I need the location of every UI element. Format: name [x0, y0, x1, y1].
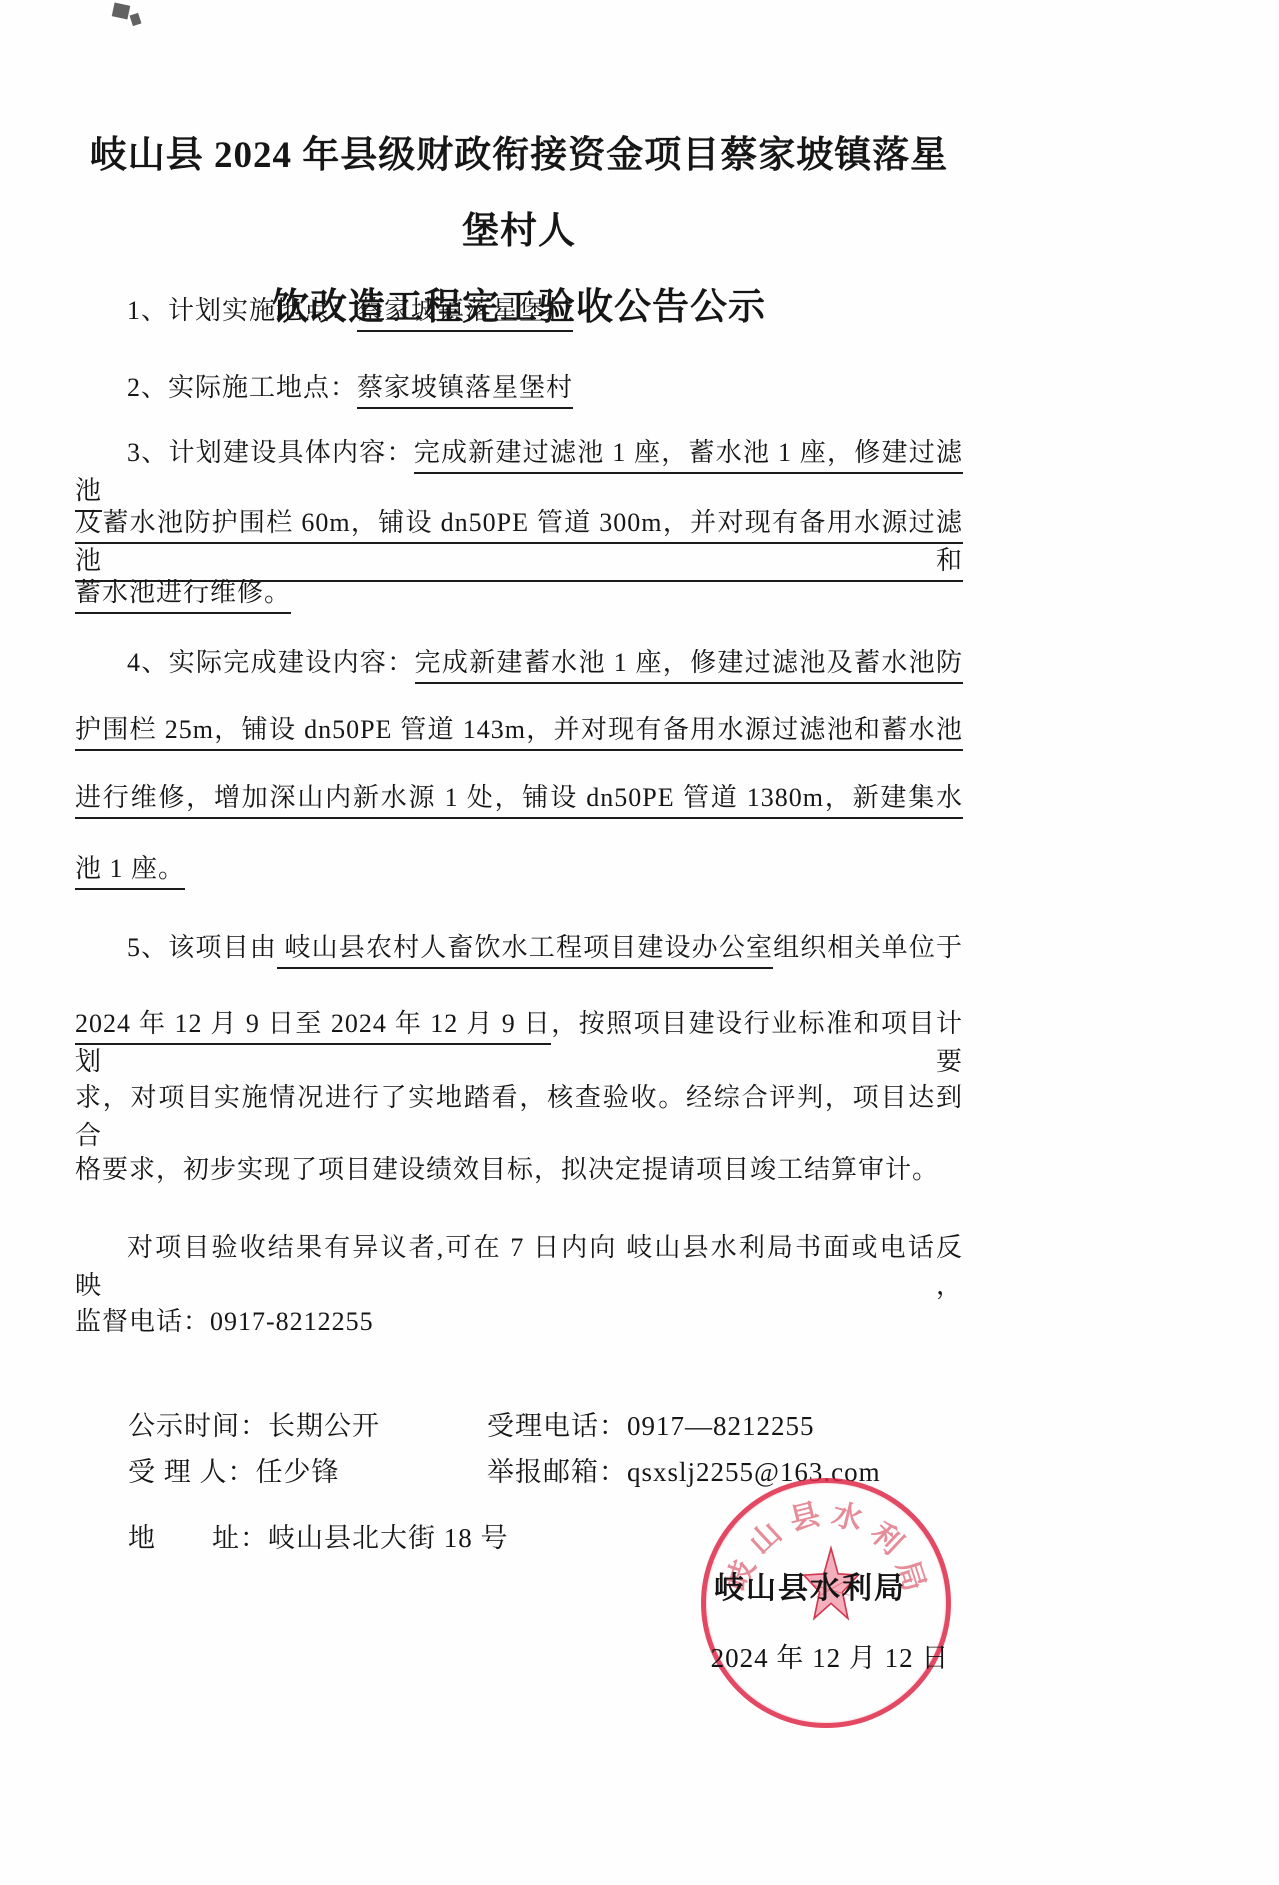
- contact-label: 地 址：: [128, 1523, 268, 1553]
- document-line: 格要求，初步实现了项目建设绩效目标，拟决定提请项目竣工结算审计。: [75, 1151, 963, 1189]
- document-line: 对项目验收结果有异议者,可在 7 日内向 岐山县水利局书面或电话反映，: [75, 1229, 963, 1305]
- stamp-agency-name: 岐山县水利局: [710, 1563, 910, 1607]
- document-line: 2、实际施工地点：蔡家坡镇落星堡村: [75, 369, 963, 407]
- contact-value: 0917—8212255: [627, 1411, 815, 1441]
- document-line: 护围栏 25m，铺设 dn50PE 管道 143m，并对现有备用水源过滤池和蓄水…: [75, 711, 963, 749]
- contact-label: 受 理 人：: [128, 1457, 256, 1487]
- document-line: 进行维修，增加深山内新水源 1 处，铺设 dn50PE 管道 1380m，新建集…: [75, 779, 963, 817]
- text-segment: 3、计划建设具体内容：: [127, 438, 414, 467]
- contact-value: 任少锋: [256, 1457, 340, 1487]
- document-line: 1、计划实施地点：蔡家坡镇落星堡村: [75, 292, 963, 330]
- document-line: 及蓄水池防护围栏 60m，铺设 dn50PE 管道 300m，并对现有备用水源过…: [75, 504, 963, 580]
- text-segment: 对项目验收结果有异议者,可在 7 日内向 岐山县水利局书面或电话反映，: [75, 1233, 963, 1300]
- underlined-text: 进行维修，增加深山内新水源 1 处，铺设 dn50PE 管道 1380m，新建集…: [75, 783, 963, 819]
- document-line: 池 1 座。: [75, 850, 963, 888]
- contact-row-address: 地 址：岐山县北大街 18 号: [128, 1516, 509, 1555]
- contact-label: 举报邮箱：: [487, 1457, 627, 1487]
- text-segment: 求，对项目实施情况进行了实地踏看，核查验收。经综合评判，项目达到合: [75, 1083, 963, 1150]
- text-segment: 5、该项目由: [127, 933, 277, 962]
- underlined-text: 及蓄水池防护围栏 60m，铺设 dn50PE 管道 300m，并对现有备用水源过…: [75, 508, 963, 582]
- text-segment: 2、实际施工地点：: [127, 373, 357, 402]
- contact-row-phone: 受理电话：0917—8212255: [487, 1404, 815, 1443]
- underlined-text: 2024 年 12 月 9 日至 2024 年 12 月 9 日: [75, 1009, 551, 1045]
- underlined-text: 完成新建蓄水池 1 座，修建过滤池及蓄水池防: [415, 648, 963, 684]
- stamp-date: 2024 年 12 月 12 日: [695, 1636, 965, 1675]
- text-segment: 1、计划实施地点：: [127, 296, 357, 325]
- contact-value: 长期公开: [268, 1411, 380, 1441]
- document-page: 岐山县 2024 年县级财政衔接资金项目蔡家坡镇落星堡村人 饮改造工程完工验收公…: [0, 0, 1279, 1885]
- contact-row-publicity-time: 公示时间：长期公开: [128, 1404, 380, 1443]
- document-body: 1、计划实施地点：蔡家坡镇落星堡村2、实际施工地点：蔡家坡镇落星堡村3、计划建设…: [0, 0, 1279, 1885]
- document-line: 求，对项目实施情况进行了实地踏看，核查验收。经综合评判，项目达到合: [75, 1079, 963, 1155]
- document-line: 4、实际完成建设内容：完成新建蓄水池 1 座，修建过滤池及蓄水池防: [75, 644, 963, 682]
- text-segment: 4、实际完成建设内容：: [127, 648, 415, 677]
- contact-value: 岐山县北大街 18 号: [268, 1523, 509, 1553]
- text-segment: 组织相关单位于: [773, 933, 963, 962]
- contact-row-handler: 受 理 人：任少锋: [128, 1450, 340, 1489]
- contact-label: 受理电话：: [487, 1411, 627, 1441]
- underlined-text: 池 1 座。: [75, 854, 185, 890]
- underlined-text: 蓄水池进行维修。: [75, 578, 291, 614]
- document-line: 5、该项目由 岐山县农村人畜饮水工程项目建设办公室组织相关单位于: [75, 929, 963, 967]
- text-segment: 监督电话：0917-8212255: [75, 1307, 374, 1336]
- underlined-text: 岐山县农村人畜饮水工程项目建设办公室: [277, 933, 773, 969]
- underlined-text: 护围栏 25m，铺设 dn50PE 管道 143m，并对现有备用水源过滤池和蓄水…: [75, 715, 963, 751]
- document-line: 蓄水池进行维修。: [75, 574, 963, 612]
- underlined-text: 蔡家坡镇落星堡村: [357, 296, 573, 332]
- document-line: 2024 年 12 月 9 日至 2024 年 12 月 9 日，按照项目建设行…: [75, 1005, 963, 1081]
- underlined-text: 蔡家坡镇落星堡村: [357, 373, 573, 409]
- text-segment: 格要求，初步实现了项目建设绩效目标，拟决定提请项目竣工结算审计。: [75, 1155, 939, 1184]
- document-line: 监督电话：0917-8212255: [75, 1303, 963, 1341]
- document-line: 3、计划建设具体内容：完成新建过滤池 1 座，蓄水池 1 座，修建过滤池: [75, 434, 963, 510]
- contact-label: 公示时间：: [128, 1411, 268, 1441]
